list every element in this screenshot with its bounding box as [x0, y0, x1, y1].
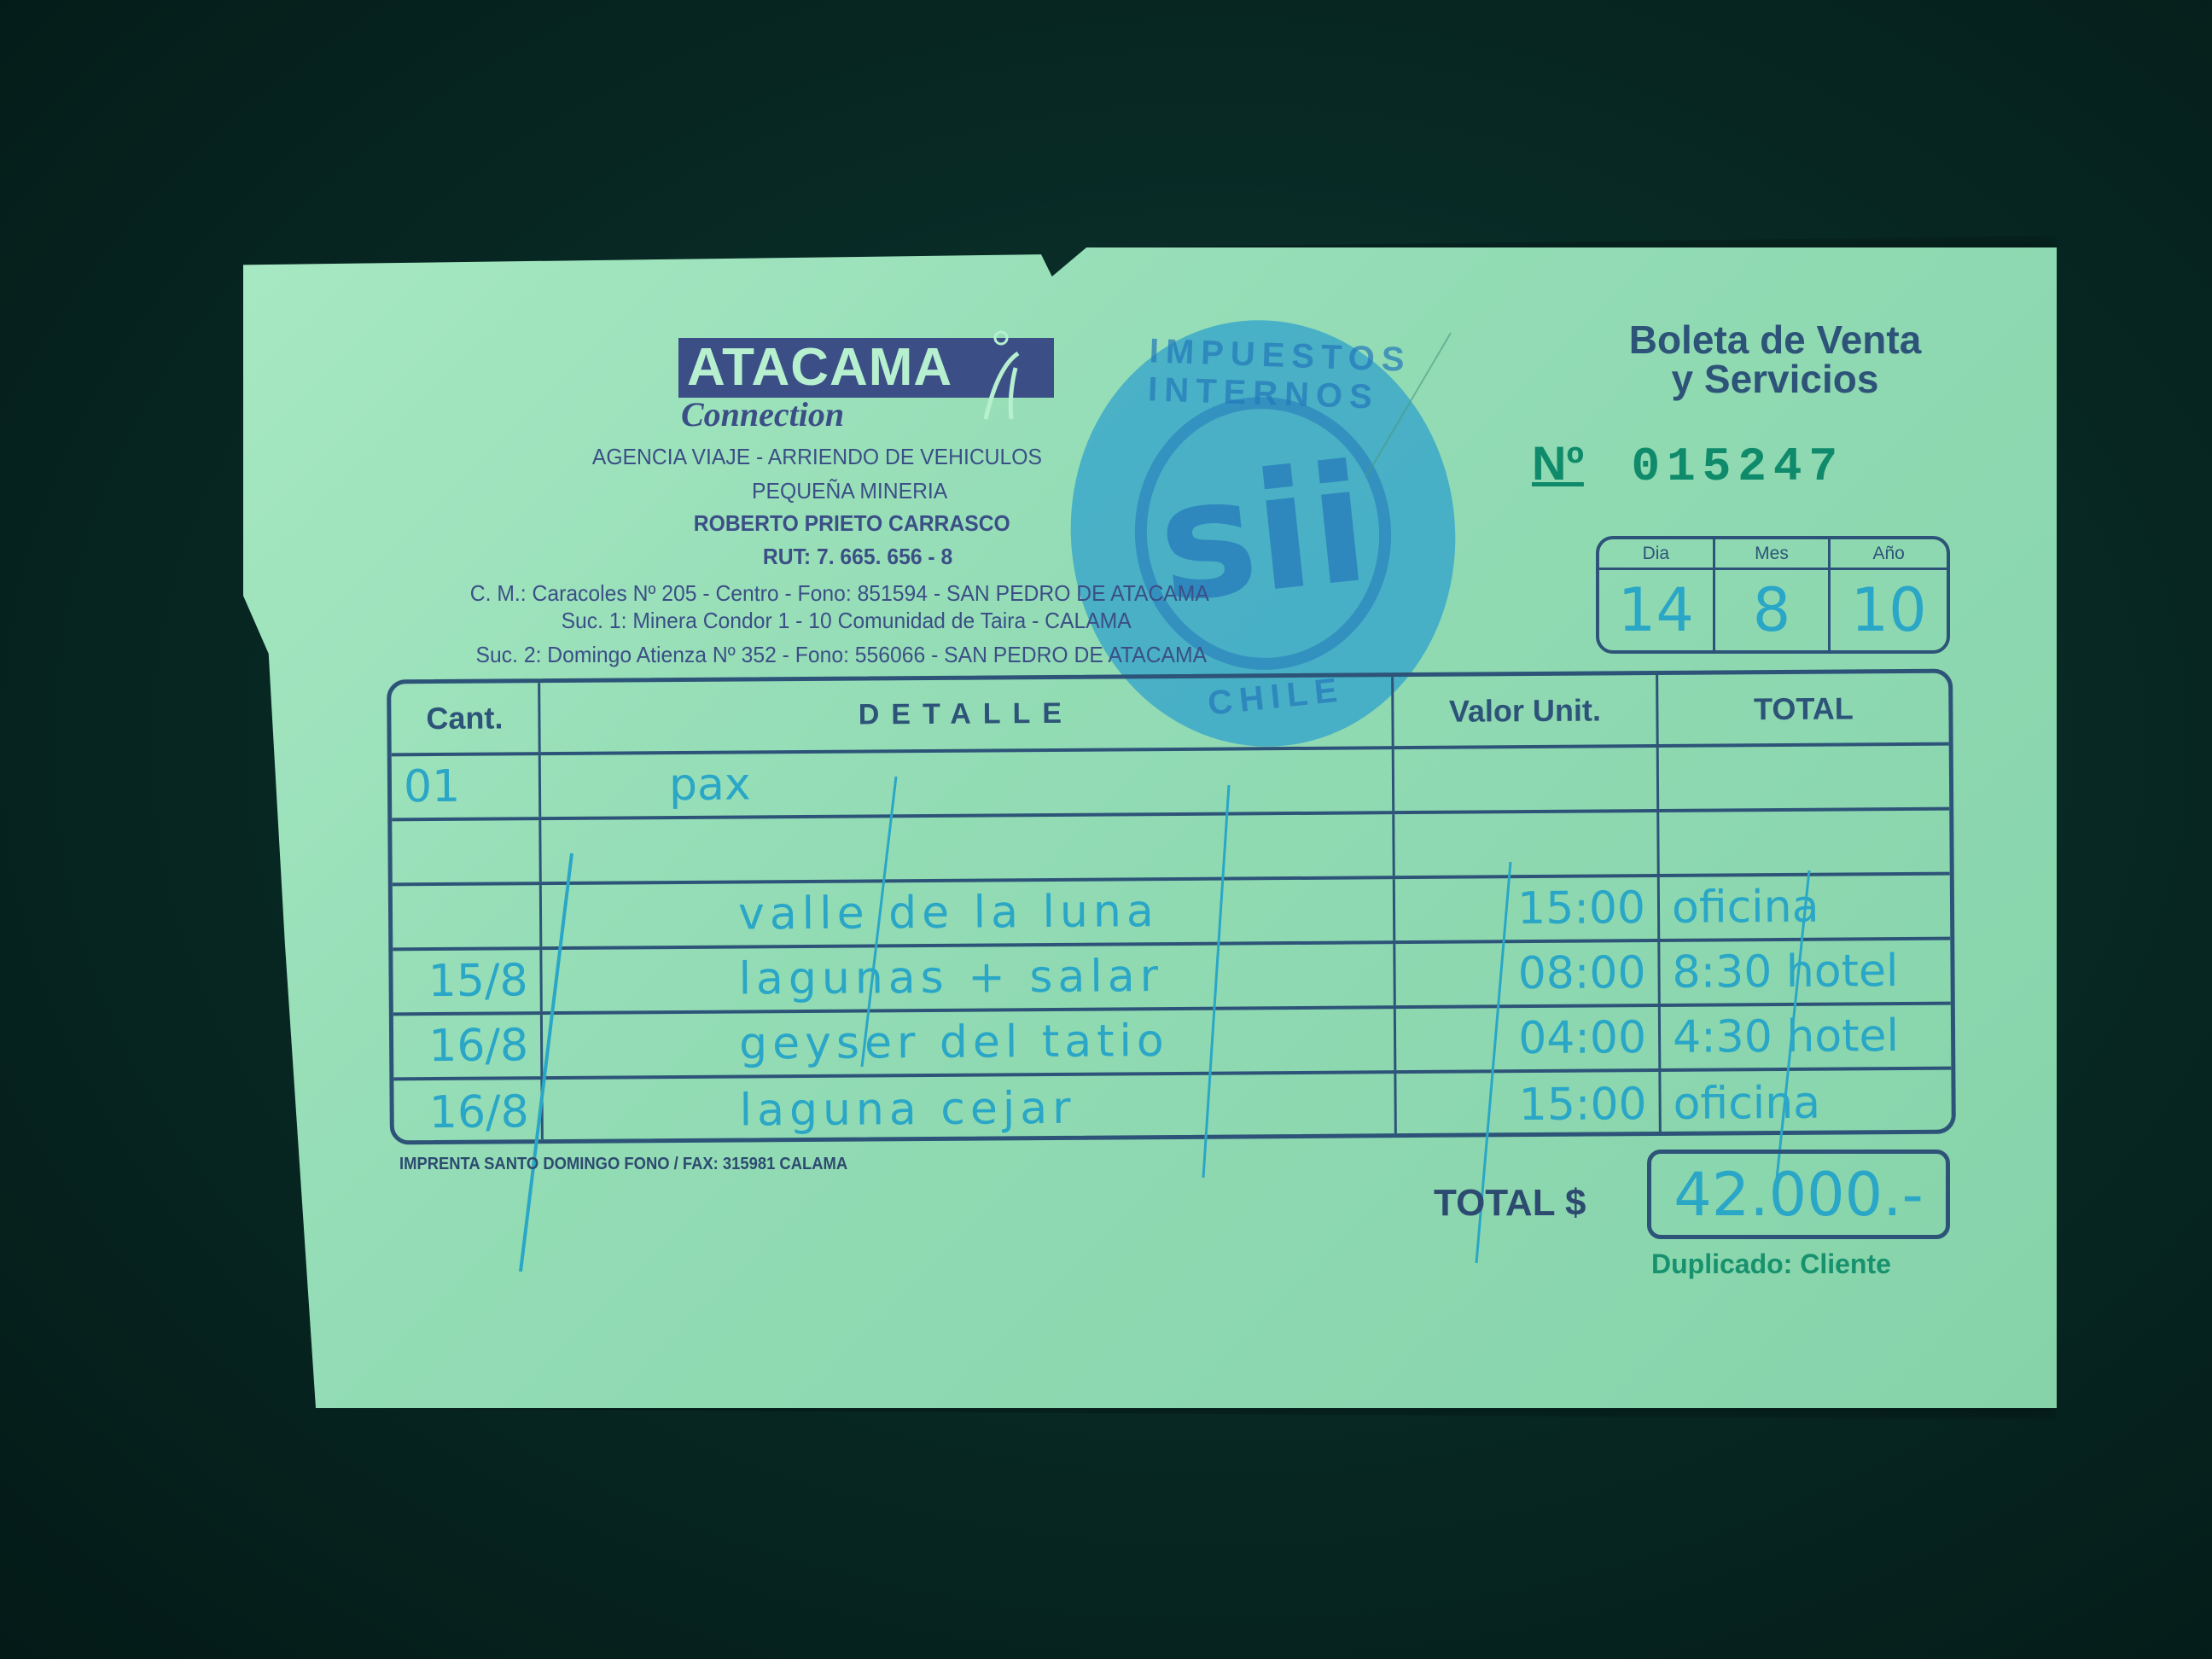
copy-label: Duplicado: Cliente: [1651, 1249, 1891, 1280]
printer-credit: IMPRENTA SANTO DOMINGO FONO / FAX: 31598…: [399, 1155, 847, 1174]
total-value: 42.000.-: [1674, 1160, 1923, 1230]
total-box: 42.000.-: [1647, 1150, 1950, 1239]
total-label: TOTAL $: [1434, 1182, 1586, 1225]
pen-strokes: [0, 0, 2212, 1659]
